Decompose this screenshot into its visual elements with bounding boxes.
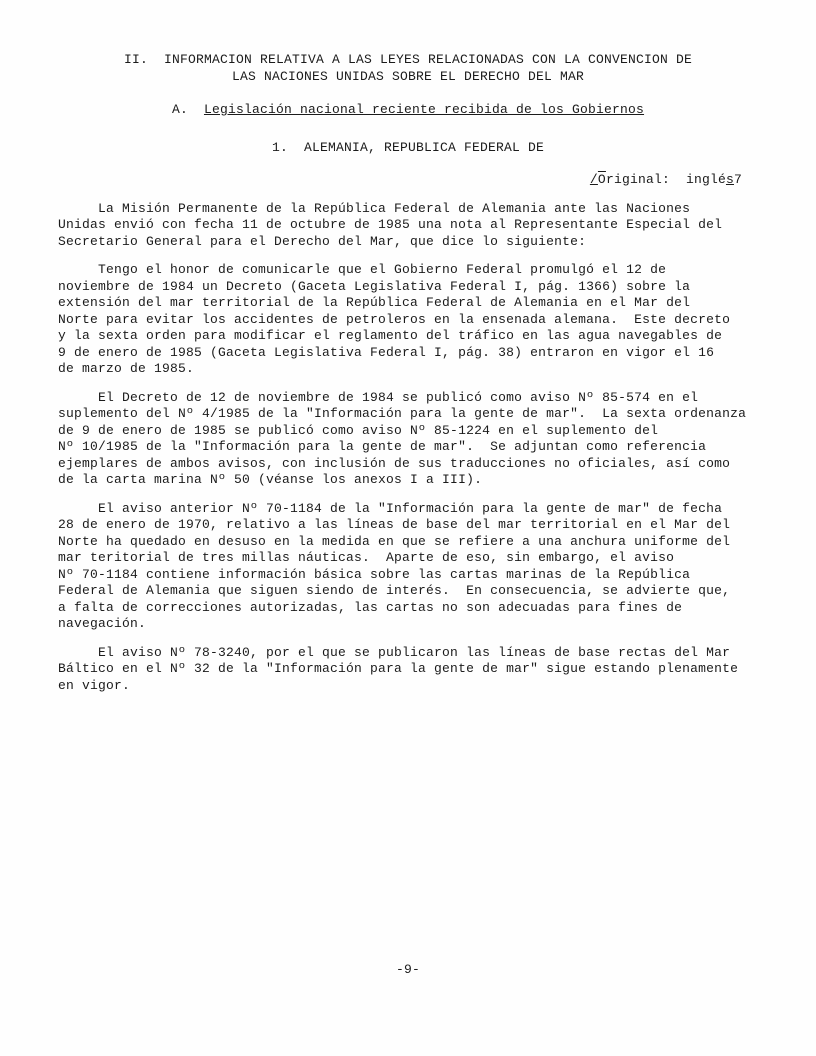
- country-heading-title: ALEMANIA, REPUBLICA FEDERAL DE: [304, 140, 544, 155]
- page-number: -9-: [0, 962, 816, 979]
- text-line: La Misión Permanente de la República Fed…: [58, 201, 758, 218]
- paragraph: El aviso Nº 78-3240, por el que se publi…: [58, 645, 758, 695]
- text-line: suplemento del Nº 4/1985 de la "Informac…: [58, 406, 758, 423]
- text-line: mar teritorial de tres millas náuticas. …: [58, 550, 758, 567]
- overlined-letter: O: [598, 172, 606, 187]
- section-heading-line-1: II. INFORMACION RELATIVA A LAS LEYES REL…: [58, 52, 758, 69]
- text-line: El Decreto de 12 de noviembre de 1984 se…: [58, 390, 758, 407]
- text-line: 28 de enero de 1970, relativo a las líne…: [58, 517, 758, 534]
- document-body: La Misión Permanente de la República Fed…: [58, 201, 758, 695]
- paragraph: El Decreto de 12 de noviembre de 1984 se…: [58, 390, 758, 489]
- text-line: ejemplares de ambos avisos, con inclusió…: [58, 456, 758, 473]
- text-line: de 9 de enero de 1985 se publicó como av…: [58, 423, 758, 440]
- text-line: Báltico en el Nº 32 de la "Información p…: [58, 661, 758, 678]
- subsection-title: Legislación nacional reciente recibida d…: [204, 102, 644, 117]
- country-heading: 1.ALEMANIA, REPUBLICA FEDERAL DE: [58, 140, 758, 157]
- text-line: extensión del mar territorial de la Repú…: [58, 295, 758, 312]
- text-line: en vigor.: [58, 678, 758, 695]
- section-heading-line-2: LAS NACIONES UNIDAS SOBRE EL DERECHO DEL…: [58, 69, 758, 86]
- text-line: noviembre de 1984 un Decreto (Gaceta Leg…: [58, 279, 758, 296]
- text-line: Norte ha quedado en desuso en la medida …: [58, 534, 758, 551]
- text-line: 9 de enero de 1985 (Gaceta Legislativa F…: [58, 345, 758, 362]
- paragraph: El aviso anterior Nº 70-1184 de la "Info…: [58, 501, 758, 633]
- text-line: El aviso anterior Nº 70-1184 de la "Info…: [58, 501, 758, 518]
- original-note-text: riginal: inglé: [606, 172, 726, 187]
- text-line: Tengo el honor de comunicarle que el Gob…: [58, 262, 758, 279]
- underlined-letter: s: [726, 172, 734, 187]
- text-line: a falta de correcciones autorizadas, las…: [58, 600, 758, 617]
- text-line: Norte para evitar los accidentes de petr…: [58, 312, 758, 329]
- text-line: navegación.: [58, 616, 758, 633]
- subsection-heading: A.Legislación nacional reciente recibida…: [58, 102, 758, 119]
- text-line: El aviso Nº 78-3240, por el que se publi…: [58, 645, 758, 662]
- section-heading: II. INFORMACION RELATIVA A LAS LEYES REL…: [58, 52, 758, 85]
- subsection-label: A.: [172, 102, 188, 117]
- close-bracket-glyph: 7: [734, 172, 742, 187]
- original-language-note: /Original: inglés7: [58, 172, 758, 189]
- text-line: Federal de Alemania que siguen siendo de…: [58, 583, 758, 600]
- paragraph: Tengo el honor de comunicarle que el Gob…: [58, 262, 758, 378]
- text-line: Secretario General para el Derecho del M…: [58, 234, 758, 251]
- document-page: II. INFORMACION RELATIVA A LAS LEYES REL…: [0, 0, 816, 1056]
- text-line: de la carta marina Nº 50 (véanse los ane…: [58, 472, 758, 489]
- text-line: Unidas envió con fecha 11 de octubre de …: [58, 217, 758, 234]
- country-heading-number: 1.: [272, 140, 288, 155]
- text-line: Nº 70-1184 contiene información básica s…: [58, 567, 758, 584]
- open-bracket-glyph: /: [590, 172, 598, 187]
- text-line: de marzo de 1985.: [58, 361, 758, 378]
- paragraph: La Misión Permanente de la República Fed…: [58, 201, 758, 251]
- text-line: Nº 10/1985 de la "Información para la ge…: [58, 439, 758, 456]
- text-line: y la sexta orden para modificar el regla…: [58, 328, 758, 345]
